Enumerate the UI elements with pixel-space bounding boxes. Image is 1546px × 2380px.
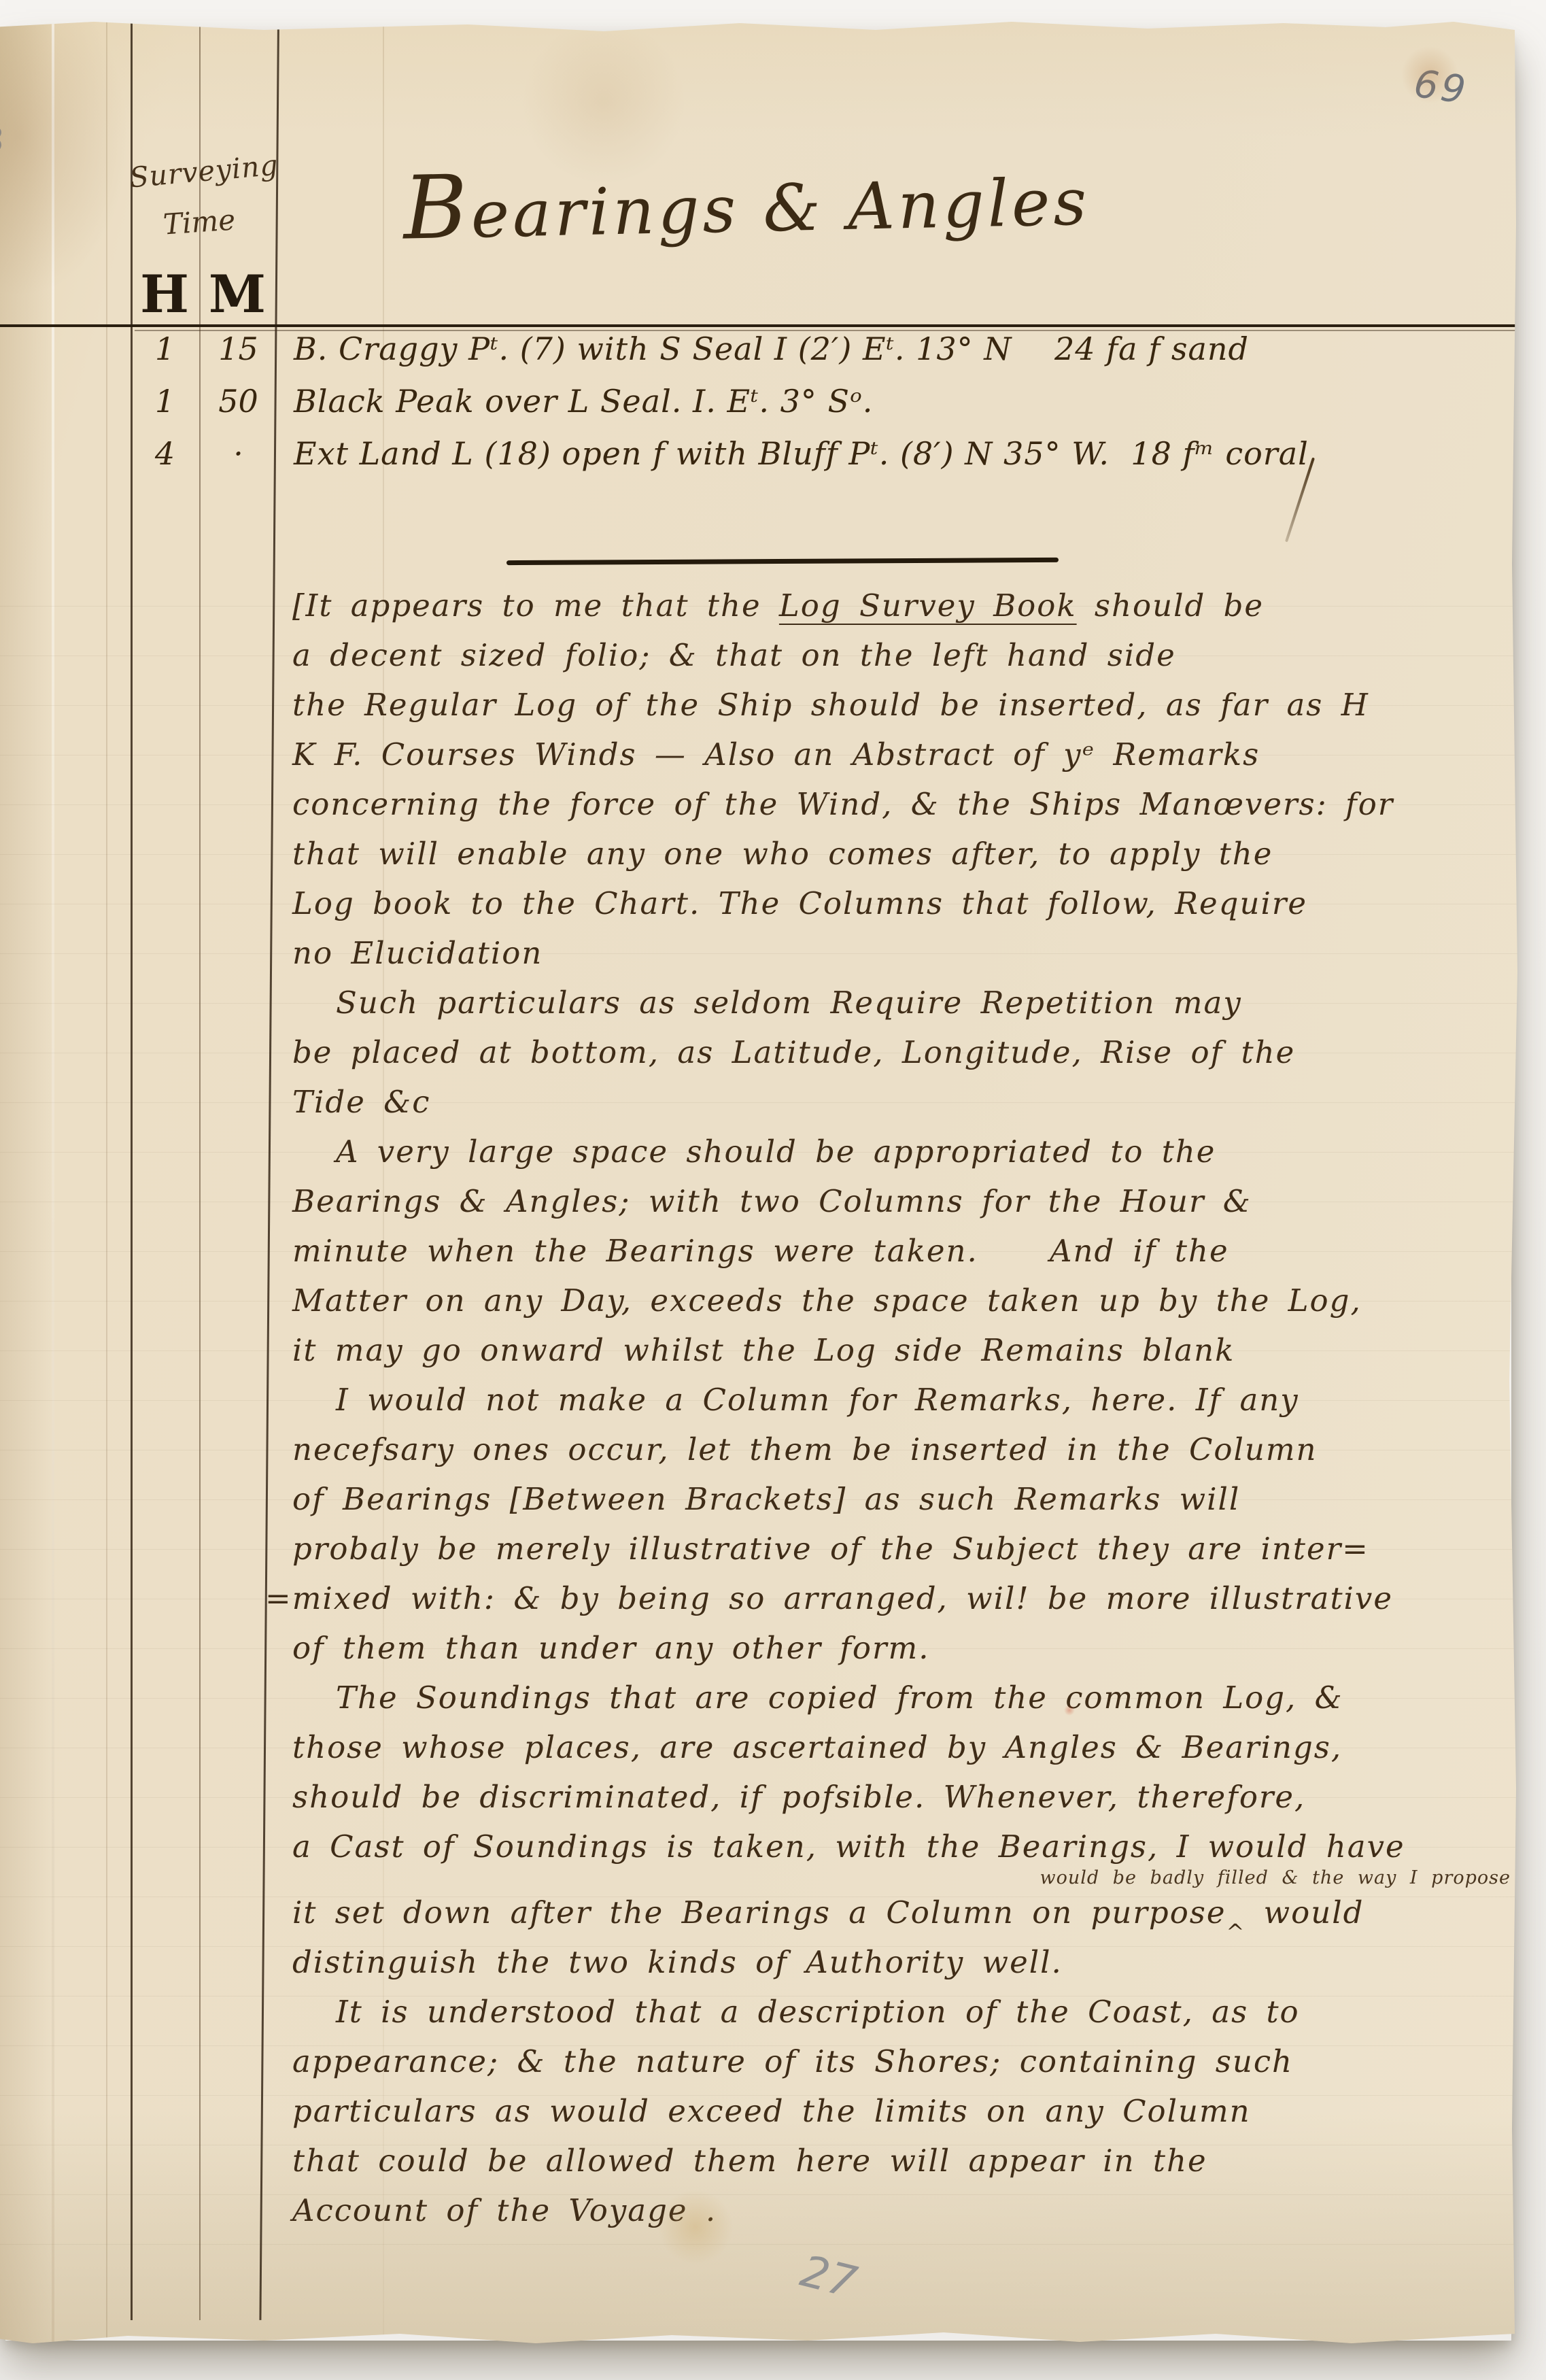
text-segment: particulars as would exceed the limits o… [292,2093,1251,2129]
time-column-label-line1: Surveying [121,148,286,195]
text-segment: concerning the force of the Wind, & the … [292,786,1394,822]
insertion-caret: ^ [1226,1907,1246,1957]
text-segment: minute when the Bearings were taken. And… [292,1233,1229,1269]
text-segment: should be [1077,588,1264,624]
manuscript-line: Bearings & Angles; with two Columns for … [292,1176,1520,1226]
manuscript-line: Matter on any Day, exceeds the space tak… [292,1276,1520,1325]
manuscript-line: Log book to the Chart. The Columns that … [292,879,1520,928]
binding-crease [52,20,54,2345]
bearing-text: Black Peak over L Seal. I. Eᵗ. 3° Sᵒ. [277,383,873,420]
minutes-column-header: M [200,264,275,324]
text-segment: those whose places, are ascertained by A… [292,1729,1342,1765]
text-segment: distinguish the two kinds of Authority w… [292,1944,1063,1980]
manuscript-line: distinguish the two kinds of Authority w… [292,1937,1520,1987]
text-segment: should be discriminated, if pofsible. Wh… [292,1779,1305,1815]
text-segment: It is understood that a description of t… [336,1994,1300,2030]
text-segment: Such particulars as seldom Require Repet… [336,985,1242,1021]
manuscript-line: probaly be merely illustrative of the Su… [292,1524,1520,1574]
time-column-label-line2: Time [127,201,272,244]
manuscript-line: necefsary ones occur, let them be insert… [292,1425,1520,1474]
manuscript-line: concerning the force of the Wind, & the … [292,779,1520,829]
manuscript-line: Account of the Voyage . [292,2186,1520,2235]
hour-value: 1 [131,383,199,420]
text-segment: A very large space should be appropriate… [336,1134,1216,1170]
text-segment: it set down after the Bearings a Column … [292,1894,1226,1931]
text-segment: Account of the Voyage . [292,2192,717,2228]
bearing-row: 150Black Peak over L Seal. I. Eᵗ. 3° Sᵒ. [131,383,1514,435]
manuscript-line: be placed at bottom, as Latitude, Longit… [292,1027,1520,1077]
manuscript-line: The Soundings that are copied from the c… [292,1673,1520,1722]
text-segment: [It appears to me that the [292,588,779,624]
manuscript-line: K F. Courses Winds — Also an Abstract of… [292,730,1520,779]
manuscript-line: it may go onward whilst the Log side Rem… [292,1325,1520,1375]
text-segment: a Cast of Soundings is taken, with the B… [292,1829,1405,1865]
manuscript-line: no Elucidation [292,928,1520,978]
text-segment: necefsary ones occur, let them be insert… [292,1431,1318,1467]
text-segment: of Bearings [Between Brackets] as such R… [292,1481,1240,1517]
manuscript-line: Such particulars as seldom Require Repet… [292,978,1520,1027]
manuscript-line: those whose places, are ascertained by A… [292,1722,1520,1772]
text-segment: Matter on any Day, exceeds the space tak… [292,1282,1362,1319]
manuscript-page: Surveying Time H M Bearings & Angles 69 … [0,20,1520,2345]
notes-body: [It appears to me that the Log Survey Bo… [292,581,1520,2235]
text-segment: I would not make a Column for Remarks, h… [336,1382,1299,1418]
manuscript-line: I would not make a Column for Remarks, h… [292,1375,1520,1425]
manuscript-line: it set down after the Bearings a Column … [292,1888,1520,1937]
manuscript-line: the Regular Log of the Ship should be in… [292,680,1520,730]
manuscript-line: of Bearings [Between Brackets] as such R… [292,1474,1520,1524]
text-segment: a decent sized folio; & that on the left… [292,637,1176,673]
text-segment: =mixed with: & by being so arranged, wil… [265,1580,1393,1616]
manuscript-line: minute when the Bearings were taken. And… [292,1226,1520,1276]
text-segment: the Regular Log of the Ship should be in… [292,687,1369,723]
text-segment: would [1246,1894,1364,1931]
manuscript-line: a Cast of Soundings is taken, with the B… [292,1822,1520,1871]
manuscript-line: It is understood that a description of t… [292,1987,1520,2037]
page-title: Bearings & Angles [399,143,1095,259]
hour-value: 1 [131,330,199,367]
manuscript-line: A very large space should be appropriate… [292,1127,1520,1176]
text-segment: The Soundings that are copied from the c… [336,1680,1343,1716]
manuscript-line: a decent sized folio; & that on the left… [292,630,1520,680]
bearings-rows: 115B. Craggy Pᵗ. (7) with S Seal I (2′) … [131,330,1514,488]
folio-number: 69 [1411,62,1471,113]
fold-crease [106,20,107,2345]
minute-value: · [199,435,277,472]
manuscript-line: that could be allowed them here will app… [292,2136,1520,2186]
binding-edge [0,20,53,2345]
manuscript-line: should be discriminated, if pofsible. Wh… [292,1772,1520,1822]
scan-background: Surveying Time H M Bearings & Angles 69 … [0,0,1546,2380]
bearing-text: Ext Land L (18) open f with Bluff Pᵗ. (8… [277,435,1309,472]
pencil-scribble: 27 [795,2246,861,2309]
section-divider-rule [506,558,1059,565]
table-header-rule [0,324,1520,327]
bearing-text: B. Craggy Pᵗ. (7) with S Seal I (2′) Eᵗ.… [277,330,1249,367]
text-segment: would be badly filled & the way I propos… [1040,1867,1511,1888]
underlined-phrase: Log Survey Book [779,588,1077,624]
hours-column-header: H [137,264,192,324]
text-segment: K F. Courses Winds — Also an Abstract of… [292,736,1260,772]
text-segment: be placed at bottom, as Latitude, Longit… [292,1034,1295,1070]
text-segment: appearance; & the nature of its Shores; … [292,2043,1293,2079]
minute-value: 50 [199,383,277,420]
manuscript-line: appearance; & the nature of its Shores; … [292,2037,1520,2086]
text-segment: Tide &c [292,1084,430,1120]
manuscript-line: of them than under any other form. [292,1623,1520,1673]
text-segment: no Elucidation [292,935,543,971]
manuscript-line: that will enable any one who comes after… [292,829,1520,879]
text-segment: probaly be merely illustrative of the Su… [292,1531,1369,1567]
margin-pencil-mark: 8 [0,120,7,162]
manuscript-line: [It appears to me that the Log Survey Bo… [292,581,1520,630]
text-segment: of them than under any other form. [292,1630,930,1666]
hour-value: 4 [131,435,199,472]
text-segment: Bearings & Angles; with two Columns for … [292,1183,1252,1219]
text-segment: it may go onward whilst the Log side Rem… [292,1332,1235,1368]
minute-value: 15 [199,330,277,367]
manuscript-line: particulars as would exceed the limits o… [292,2086,1520,2136]
text-segment: that could be allowed them here will app… [292,2143,1207,2179]
bearing-row: 115B. Craggy Pᵗ. (7) with S Seal I (2′) … [131,330,1514,383]
manuscript-line: Tide &c [292,1077,1520,1127]
manuscript-line: =mixed with: & by being so arranged, wil… [265,1574,1520,1623]
text-segment: that will enable any one who comes after… [292,836,1273,872]
text-segment: Log book to the Chart. The Columns that … [292,885,1307,921]
